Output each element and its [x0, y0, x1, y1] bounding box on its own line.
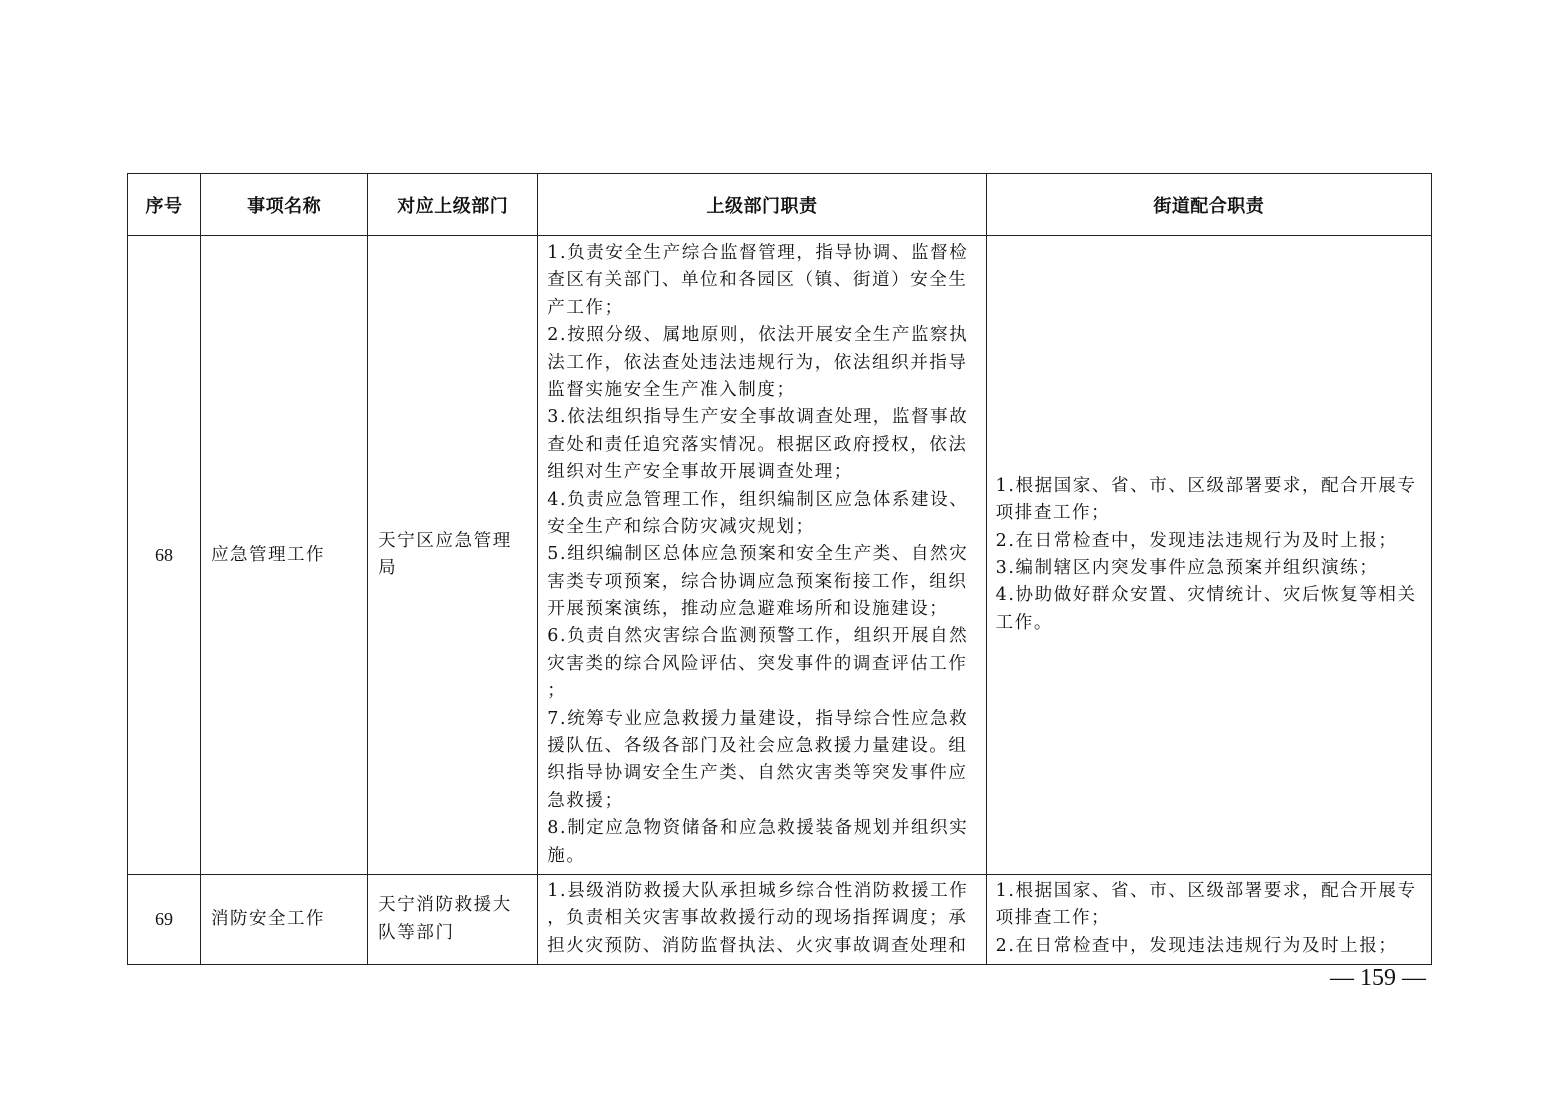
duty-line: 2.按照分级、属地原则，依法开展安全生产监察执: [547, 322, 977, 349]
duty-line: 开展预案演练，推动应急避难场所和设施建设；: [547, 596, 977, 623]
header-item-name: 事项名称: [201, 174, 368, 236]
duty-line: 灾害类的综合风险评估、突发事件的调查评估工作: [547, 651, 977, 678]
duty-line: 7.统筹专业应急救援力量建设，指导综合性应急救: [547, 706, 977, 733]
page-number: — 159 —: [1330, 965, 1426, 992]
duty-line: 8.制定应急物资储备和应急救援装备规划并组织实: [547, 815, 977, 842]
duty-line: 3.编制辖区内突发事件应急预案并组织演练；: [996, 555, 1423, 582]
department-cell: 天宁消防救援大 队等部门: [368, 875, 538, 965]
duty-line: 施。: [547, 843, 977, 870]
duty-line: 织指导协调安全生产类、自然灾害类等突发事件应: [547, 760, 977, 787]
header-corresponding-department: 对应上级部门: [368, 174, 538, 236]
duty-line: 4.协助做好群众安置、灾情统计、灾后恢复等相关: [996, 582, 1423, 609]
duty-line: 项排查工作；: [996, 905, 1423, 932]
duty-line: ；: [547, 678, 977, 705]
duty-line: 5.组织编制区总体应急预案和安全生产类、自然灾: [547, 541, 977, 568]
duty-line: 2.在日常检查中，发现违法违规行为及时上报；: [996, 933, 1423, 960]
responsibility-table: 序号 事项名称 对应上级部门 上级部门职责 街道配合职责 68 应急管理工作 天…: [127, 173, 1432, 965]
duty-line: 1.根据国家、省、市、区级部署要求，配合开展专: [996, 473, 1423, 500]
upper-duties-cell: 1.负责安全生产综合监督管理，指导协调、监督检 查区有关部门、单位和各园区（镇、…: [538, 236, 986, 875]
duty-line: 1.根据国家、省、市、区级部署要求，配合开展专: [996, 878, 1423, 905]
item-name-cell: 应急管理工作: [201, 236, 368, 875]
header-street-cooperation-duties: 街道配合职责: [986, 174, 1431, 236]
duty-line: 担火灾预防、消防监督执法、火灾事故调查处理和: [547, 933, 977, 960]
duty-line: 害类专项预案，综合协调应急预案衔接工作，组织: [547, 569, 977, 596]
duty-line: 1.县级消防救援大队承担城乡综合性消防救援工作: [547, 878, 977, 905]
department-line: 局: [378, 555, 537, 582]
duty-line: 查区有关部门、单位和各园区（镇、街道）安全生: [547, 267, 977, 294]
duty-line: 4.负责应急管理工作，组织编制区应急体系建设、: [547, 487, 977, 514]
upper-duties-cell: 1.县级消防救援大队承担城乡综合性消防救援工作 ，负责相关灾害事故救援行动的现场…: [538, 875, 986, 965]
duty-line: 查处和责任追究落实情况。根据区政府授权，依法: [547, 432, 977, 459]
department-line: 天宁区应急管理: [378, 528, 537, 555]
duty-line: 法工作，依法查处违法违规行为，依法组织并指导: [547, 350, 977, 377]
street-duties-cell: 1.根据国家、省、市、区级部署要求，配合开展专 项排查工作； 2.在日常检查中，…: [986, 236, 1431, 875]
serial-number-cell: 68: [128, 236, 201, 875]
table-header-row: 序号 事项名称 对应上级部门 上级部门职责 街道配合职责: [128, 174, 1432, 236]
duty-line: ，负责相关灾害事故救援行动的现场指挥调度；承: [547, 905, 977, 932]
duty-line: 安全生产和综合防灾减灾规划；: [547, 514, 977, 541]
street-duties-cell: 1.根据国家、省、市、区级部署要求，配合开展专 项排查工作； 2.在日常检查中，…: [986, 875, 1431, 965]
duty-line: 组织对生产安全事故开展调查处理；: [547, 459, 977, 486]
department-line: 天宁消防救援大: [378, 892, 537, 919]
header-upper-department-duties: 上级部门职责: [538, 174, 986, 236]
header-serial-number: 序号: [128, 174, 201, 236]
duty-line: 2.在日常检查中，发现违法违规行为及时上报；: [996, 528, 1423, 555]
department-cell: 天宁区应急管理 局: [368, 236, 538, 875]
duty-line: 3.依法组织指导生产安全事故调查处理，监督事故: [547, 404, 977, 431]
duty-line: 监督实施安全生产准入制度；: [547, 377, 977, 404]
duty-line: 工作。: [996, 610, 1423, 637]
duty-line: 1.负责安全生产综合监督管理，指导协调、监督检: [547, 240, 977, 267]
item-name-cell: 消防安全工作: [201, 875, 368, 965]
duty-line: 产工作；: [547, 295, 977, 322]
table-row: 68 应急管理工作 天宁区应急管理 局 1.负责安全生产综合监督管理，指导协调、…: [128, 236, 1432, 875]
duty-line: 6.负责自然灾害综合监测预警工作，组织开展自然: [547, 623, 977, 650]
serial-number-cell: 69: [128, 875, 201, 965]
duty-line: 急救援；: [547, 788, 977, 815]
duty-line: 援队伍、各级各部门及社会应急救援力量建设。组: [547, 733, 977, 760]
table-row: 69 消防安全工作 天宁消防救援大 队等部门 1.县级消防救援大队承担城乡综合性…: [128, 875, 1432, 965]
duty-line: 项排查工作；: [996, 500, 1423, 527]
department-line: 队等部门: [378, 920, 537, 947]
